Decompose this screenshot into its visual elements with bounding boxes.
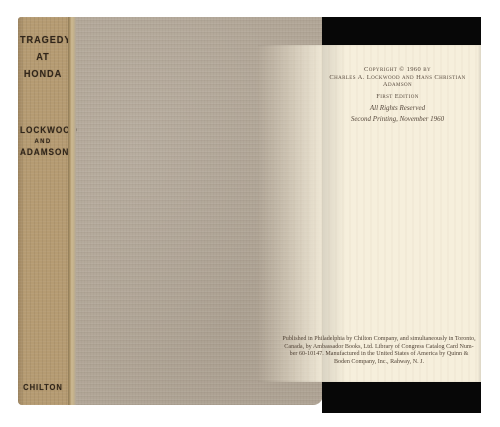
spine-title: TRAGEDY AT HONDA	[20, 32, 66, 83]
rights-line: All Rights Reserved	[318, 105, 477, 112]
book-photo-canvas: TRAGEDY AT HONDA LOCKWOOD AND ADAMSON CH…	[0, 0, 500, 427]
spine-author-line1: LOCKWOOD	[20, 125, 66, 136]
spine-author: LOCKWOOD AND ADAMSON	[20, 125, 66, 158]
imprint-line: ber 60-10147. Manufactured in the United…	[276, 351, 482, 359]
spine-hinge-ridge	[68, 17, 76, 405]
spine-title-line2: AT HONDA	[20, 49, 66, 83]
copyright-block: Copyright © 1960 by Charles A. Lockwood …	[318, 66, 477, 123]
spine-author-conjunction: AND	[20, 136, 66, 147]
spine-author-line2: ADAMSON	[20, 147, 66, 158]
copyright-page: Copyright © 1960 by Charles A. Lockwood …	[258, 45, 481, 382]
copyright-authors-line: Charles A. Lockwood and Hans Christian A…	[318, 74, 477, 88]
printing-line: Second Printing, November 1960	[318, 116, 477, 123]
imprint-line: Boden Company, Inc., Rahway, N. J.	[276, 359, 482, 367]
spine-title-line1: TRAGEDY	[20, 32, 66, 49]
copyright-line: Copyright © 1960 by	[318, 66, 477, 73]
book-spine: TRAGEDY AT HONDA LOCKWOOD AND ADAMSON CH…	[18, 17, 68, 405]
edition-line: First Edition	[318, 93, 477, 100]
book-photograph: TRAGEDY AT HONDA LOCKWOOD AND ADAMSON CH…	[18, 17, 481, 413]
spine-publisher: CHILTON	[19, 383, 67, 392]
imprint-line: Published in Philadelphia by Chilton Com…	[276, 336, 482, 344]
imprint-block: Published in Philadelphia by Chilton Com…	[276, 336, 482, 367]
